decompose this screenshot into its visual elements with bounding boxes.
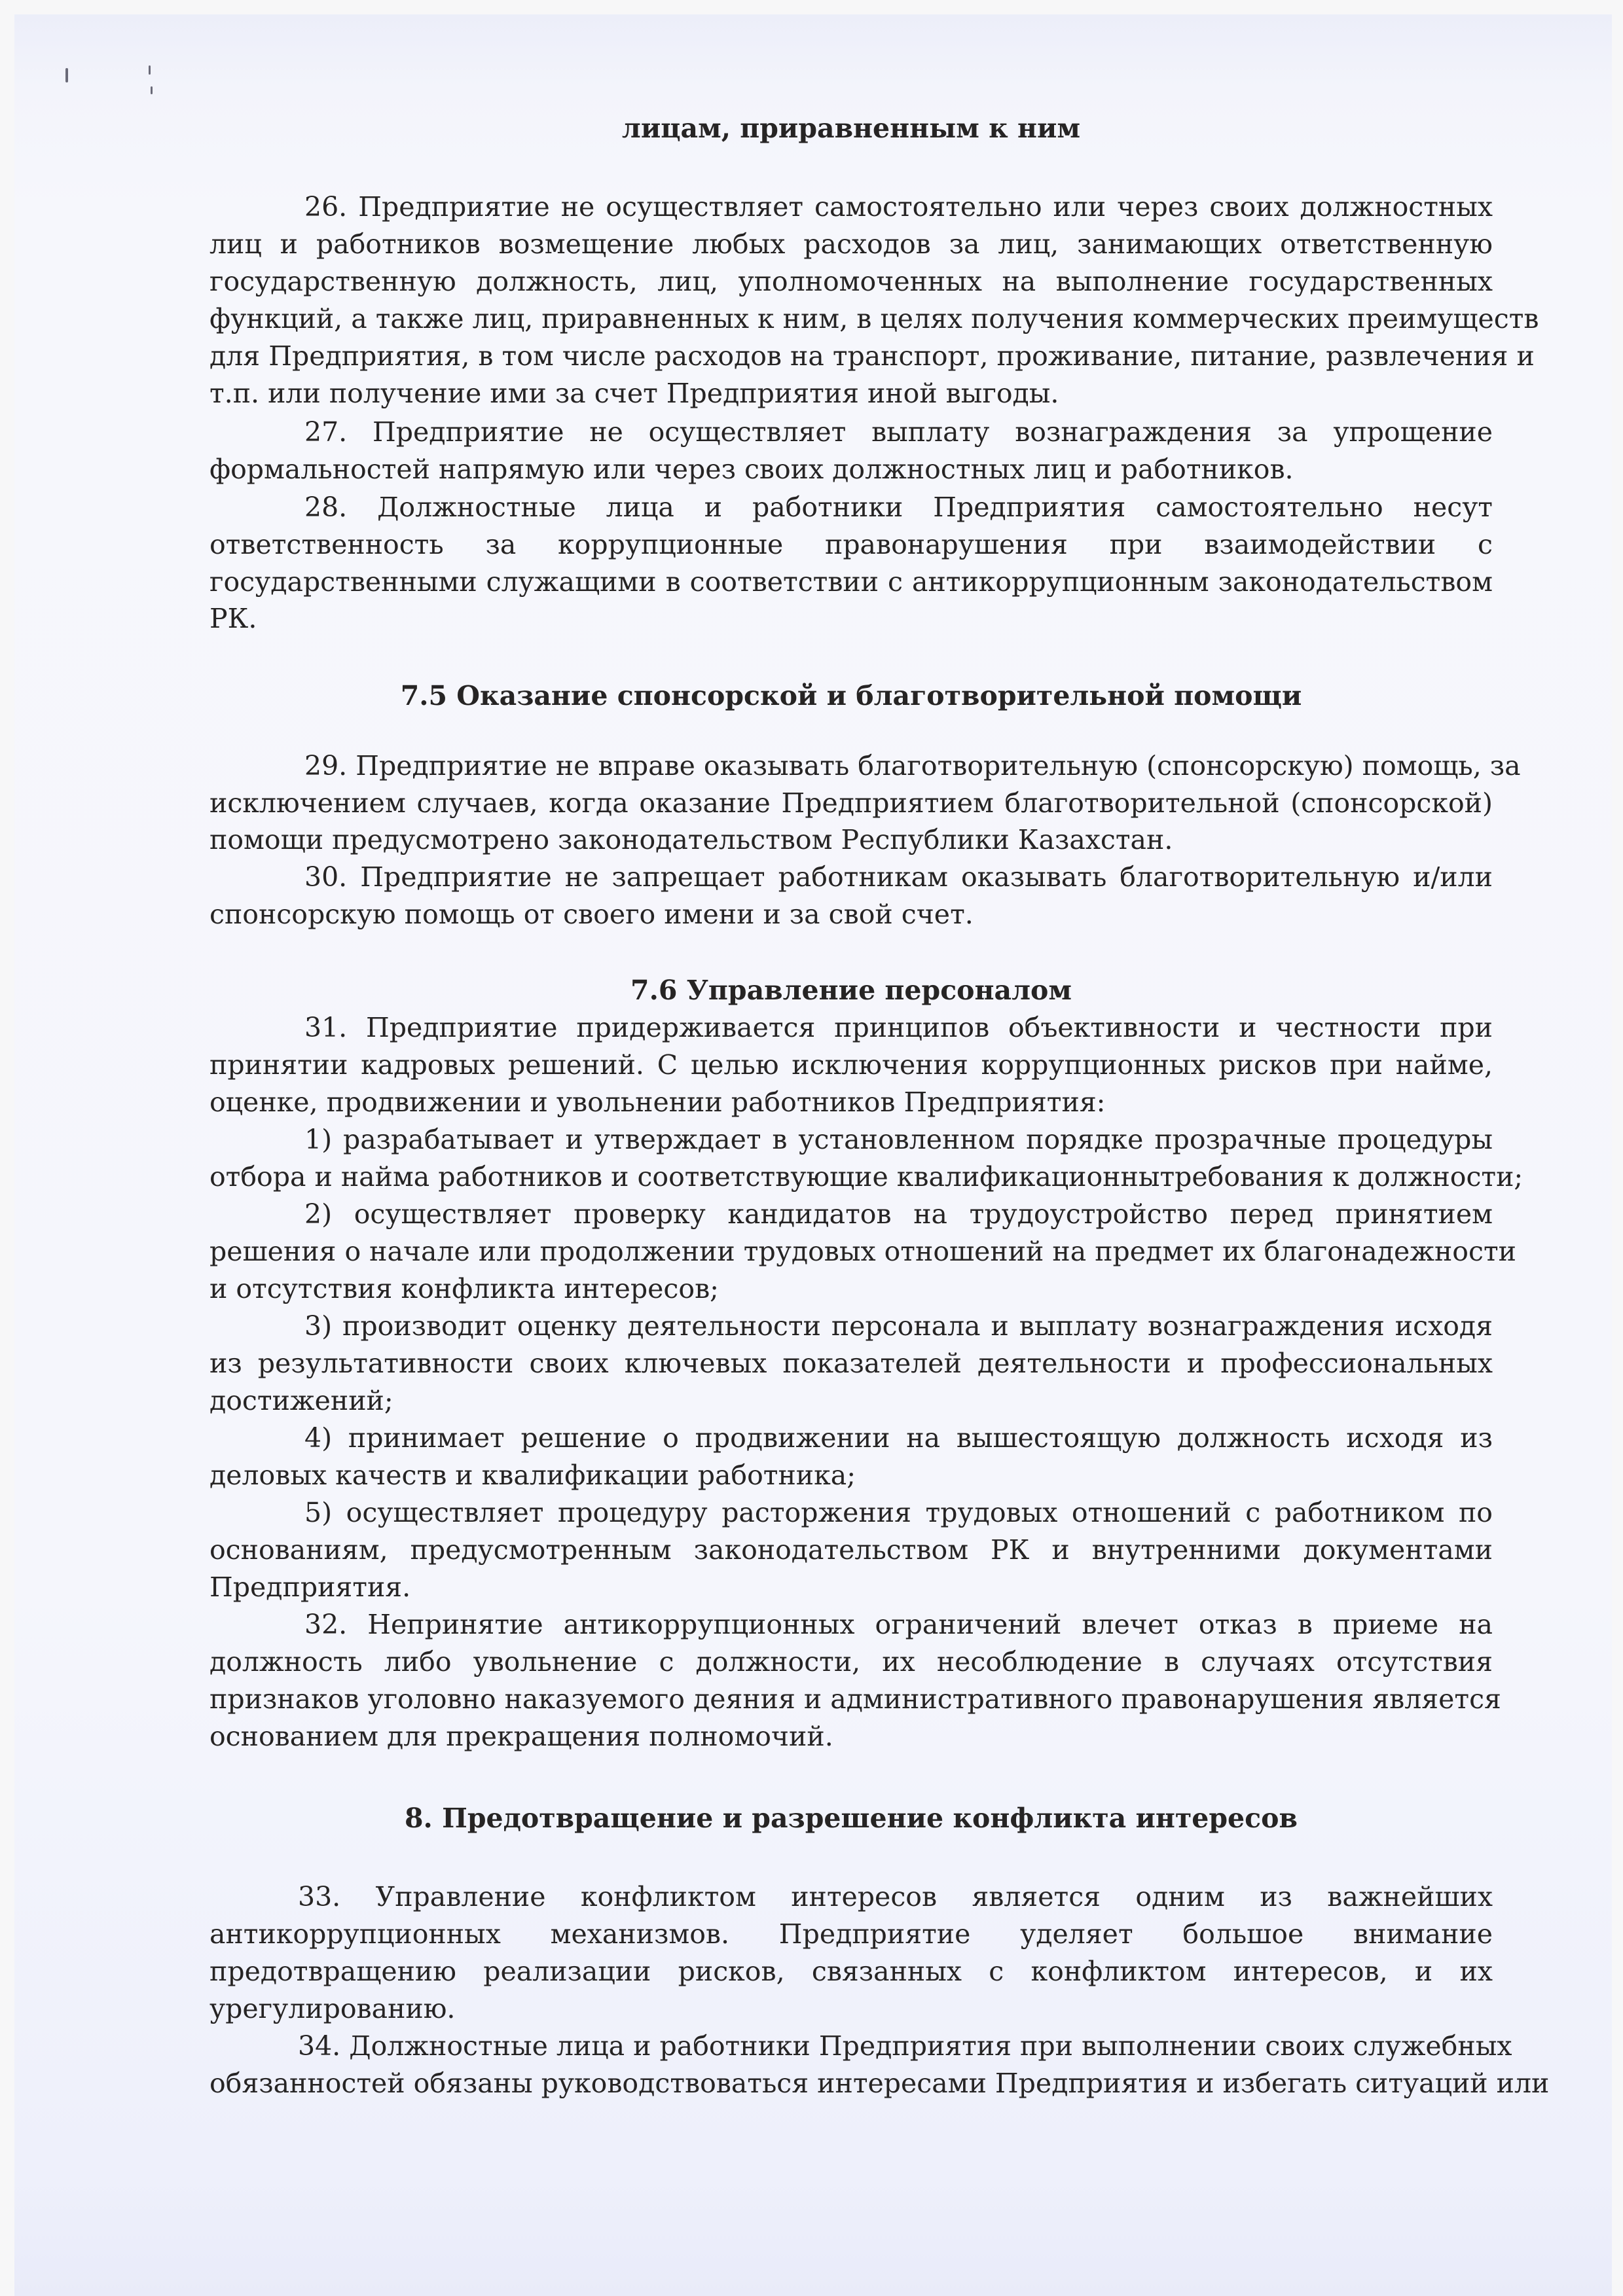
paragraph-31-line: оценке, продвижении и увольнении работни… [210, 1084, 1493, 1121]
list-item-1-line: отбора и найма работников и соответствую… [210, 1158, 1493, 1195]
paragraph-31-line: принятии кадровых решений. С целью исклю… [210, 1047, 1493, 1083]
paragraph-29-line: помощи предусмотрено законодательством Р… [210, 821, 1493, 858]
paragraph-27-line: 27. Предприятие не осуществляет выплату … [304, 414, 1493, 450]
paragraph-30-line: спонсорскую помощь от своего имени и за … [210, 896, 1493, 933]
paragraph-26-line: функций, а также лиц, приравненных к ним… [210, 300, 1493, 337]
paragraph-28-line: 28. Должностные лица и работники Предпри… [304, 489, 1493, 526]
section-7-6-heading: 7.6 Управление персоналом [210, 972, 1493, 1009]
paragraph-26-line: лиц и работников возмещение любых расход… [210, 226, 1493, 262]
paragraph-26-line: для Предприятия, в том числе расходов на… [210, 338, 1493, 374]
paragraph-34-line: обязанностей обязаны руководствоваться и… [210, 2065, 1493, 2102]
list-item-3-line: из результативности своих ключевых показ… [210, 1345, 1493, 1382]
list-item-3-line: достижений; [210, 1382, 1493, 1419]
paragraph-32-line: должность либо увольнение с должности, и… [210, 1643, 1493, 1680]
paragraph-26-line: 26. Предприятие не осуществляет самостоя… [304, 188, 1493, 225]
paragraph-34-line: 34. Должностные лица и работники Предпри… [298, 2028, 1493, 2064]
section-7-5-heading: 7.5 Оказание спонсорской и благотворител… [210, 677, 1493, 714]
continuation-heading: лицам, приравненным к ним [210, 110, 1493, 147]
scan-speck [149, 65, 151, 75]
list-item-2-line: и отсутствия конфликта интересов; [210, 1270, 1493, 1307]
list-item-5-line: Предприятия. [210, 1569, 1493, 1605]
paragraph-29-line: исключением случаев, когда оказание Пред… [210, 785, 1493, 821]
paragraph-29-line: 29. Предприятие не вправе оказывать благ… [304, 747, 1493, 784]
scan-speck [65, 68, 68, 82]
paragraph-32-line: 32. Непринятие антикоррупционных огранич… [304, 1606, 1493, 1643]
paragraph-33-line: 33. Управление конфликтом интересов явля… [298, 1878, 1493, 1915]
list-item-4-line: 4) принимает решение о продвижении на вы… [304, 1420, 1493, 1456]
paragraph-33-line: антикоррупционных механизмов. Предприяти… [210, 1916, 1493, 1952]
paragraph-32-line: основанием для прекращения полномочий. [210, 1718, 1493, 1755]
section-8-heading: 8. Предотвращение и разрешение конфликта… [210, 1800, 1493, 1837]
paragraph-30-line: 30. Предприятие не запрещает работникам … [304, 859, 1493, 895]
list-item-4-line: деловых качеств и квалификации работника… [210, 1457, 1493, 1494]
paragraph-33-line: урегулированию. [210, 1990, 1493, 2027]
paragraph-33-line: предотвращению реализации рисков, связан… [210, 1953, 1493, 1990]
scan-speck [151, 86, 153, 94]
list-item-5-line: основаниям, предусмотренным законодатель… [210, 1532, 1493, 1568]
paragraph-26-line: государственную должность, лиц, уполномо… [210, 263, 1493, 300]
paragraph-27-line: формальностей напрямую или через своих д… [210, 451, 1493, 488]
paragraph-28-line: РК. [210, 600, 1493, 637]
list-item-5-line: 5) осуществляет процедуру расторжения тр… [304, 1494, 1493, 1531]
list-item-1-line: 1) разрабатывает и утверждает в установл… [304, 1121, 1493, 1158]
list-item-2-line: 2) осуществляет проверку кандидатов на т… [304, 1196, 1493, 1232]
paragraph-28-line: государственными служащими в соответстви… [210, 564, 1493, 600]
paragraph-31-line: 31. Предприятие придерживается принципов… [304, 1009, 1493, 1046]
paragraph-32-line: признаков уголовно наказуемого деяния и … [210, 1681, 1493, 1717]
list-item-2-line: решения о начале или продолжении трудовы… [210, 1233, 1493, 1270]
paragraph-26-line: т.п. или получение ими за счет Предприят… [210, 375, 1493, 412]
list-item-3-line: 3) производит оценку деятельности персон… [304, 1308, 1493, 1344]
paragraph-28-line: ответственность за коррупционные правона… [210, 526, 1493, 563]
